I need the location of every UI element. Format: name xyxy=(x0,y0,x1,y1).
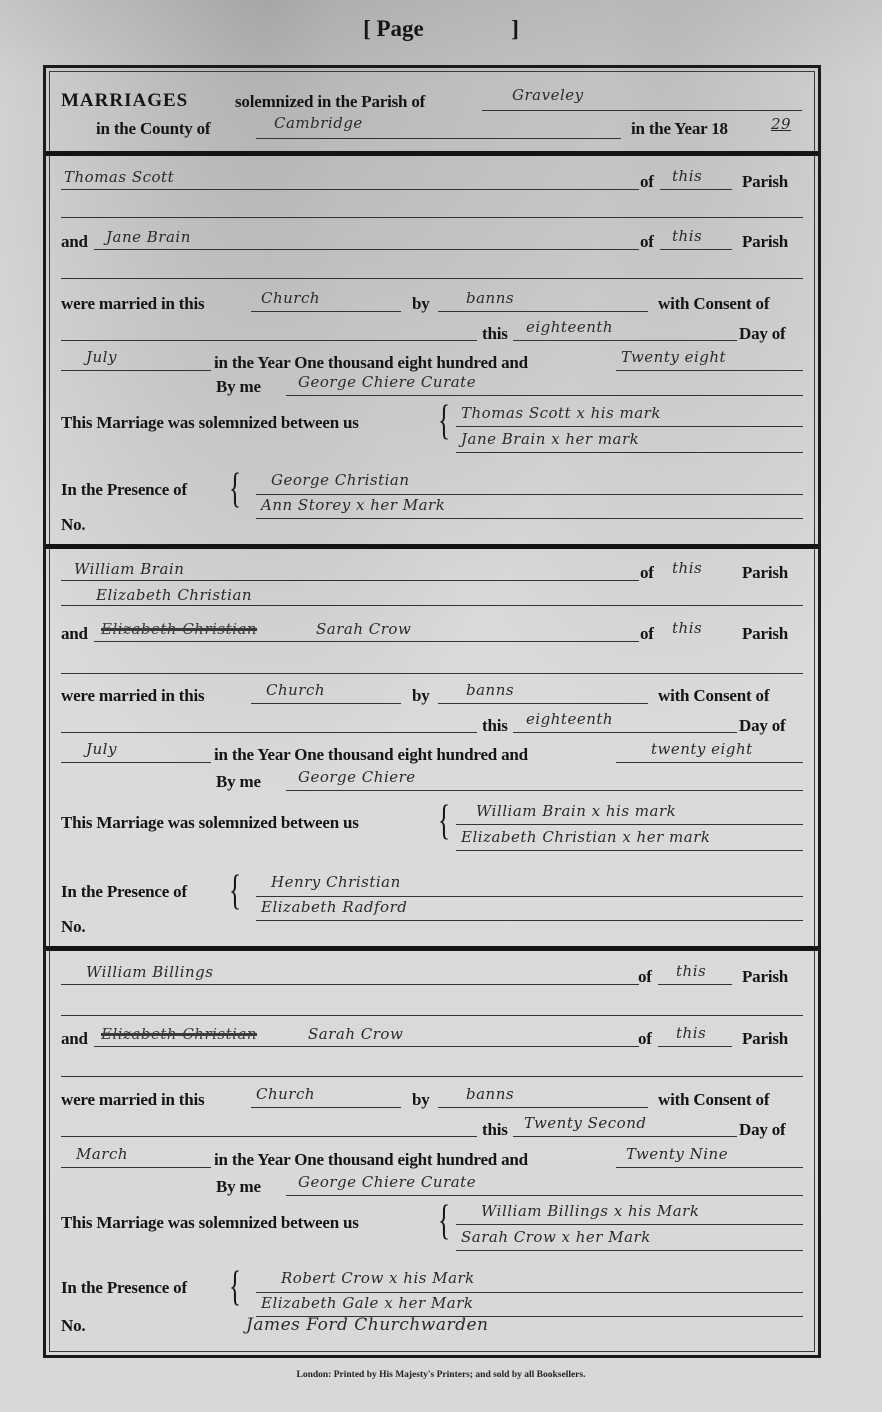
entry-year-value: twenty eight xyxy=(651,740,753,758)
entry-and-label: and xyxy=(61,232,88,252)
entry-year-value: Twenty Nine xyxy=(626,1145,728,1163)
entry-groom-parish-label: Parish xyxy=(742,563,788,583)
entry-signature-1: William Brain x his mark xyxy=(476,802,676,820)
marriage-entry-3: William Billings of this Parish and Eliz… xyxy=(46,952,818,1352)
marriage-entry-2: William Brain of this Parish Elizabeth C… xyxy=(46,550,818,950)
entry-solemnized-label: This Marriage was solemnized between us xyxy=(61,413,359,433)
entry-bride-of-value: this xyxy=(672,227,702,245)
entry-solemnized-label: This Marriage was solemnized between us xyxy=(61,1213,359,1233)
signatures-brace: { xyxy=(438,800,450,842)
entry-groom-name: William Brain xyxy=(74,560,184,578)
witnesses-brace: { xyxy=(229,1266,241,1308)
entry-year-value: Twenty eight xyxy=(621,348,726,366)
entry-bride-of-value: this xyxy=(672,619,702,637)
entry-day-value: eighteenth xyxy=(526,318,613,336)
heading-parish-value: Graveley xyxy=(512,86,584,104)
entry-signature-1: William Billings x his Mark xyxy=(481,1202,699,1220)
entry-presence-label: In the Presence of xyxy=(61,882,187,902)
entry-groom-of-value: this xyxy=(676,962,706,980)
register-frame: MARRIAGES solemnized in the Parish of Gr… xyxy=(43,65,821,1358)
entry-bride-of-value: this xyxy=(676,1024,706,1042)
entry-this-label: this xyxy=(482,716,508,736)
entry-day-value: Twenty Second xyxy=(524,1114,646,1132)
entry-married-in-label: were married in this xyxy=(61,686,204,706)
entry-this-label: this xyxy=(482,1120,508,1140)
heading-separator xyxy=(46,151,818,156)
page-open-bracket: [ xyxy=(363,16,371,42)
heading-county-value: Cambridge xyxy=(274,114,363,132)
entry-no-label: No. xyxy=(61,515,85,535)
entry-witness-2: Ann Storey x her Mark xyxy=(261,496,445,514)
entry-witness-2: Elizabeth Gale x her Mark xyxy=(261,1294,473,1312)
entry-place-value: Church xyxy=(261,289,320,307)
entry-witness-1: Robert Crow x his Mark xyxy=(281,1269,475,1287)
witnesses-brace: { xyxy=(229,870,241,912)
entry-consent-label: with Consent of xyxy=(658,1090,769,1110)
entry-witness-2: Elizabeth Radford xyxy=(261,898,407,916)
entry-consent-label: with Consent of xyxy=(658,294,769,314)
entry-groom-of-label: of xyxy=(638,967,652,987)
entry-by-me-label: By me xyxy=(216,1177,261,1197)
entry-groom-parish-label: Parish xyxy=(742,967,788,987)
entry-bride-of-label: of xyxy=(640,624,654,644)
entry-groom-of-label: of xyxy=(640,563,654,583)
heading-marriages: MARRIAGES xyxy=(61,90,188,112)
witnesses-brace: { xyxy=(229,468,241,510)
page-label: Page xyxy=(376,16,423,41)
entry-and-label: and xyxy=(61,624,88,644)
entry-officiant-value: George Chiere Curate xyxy=(298,373,476,391)
entry-year-text: in the Year One thousand eight hundred a… xyxy=(214,353,528,373)
entry-day-of-label: Day of xyxy=(739,1120,786,1140)
heading-solemnized-text: solemnized in the Parish of xyxy=(235,92,425,112)
entry-by-label: by xyxy=(412,686,430,706)
entry-groom-of-label: of xyxy=(640,172,654,192)
entry-month-value: July xyxy=(86,740,117,758)
page-close-bracket: ] xyxy=(511,16,519,42)
entry-bride-parish-label: Parish xyxy=(742,232,788,252)
signatures-brace: { xyxy=(438,400,450,442)
entry-officiant-value: George Chiere Curate xyxy=(298,1173,476,1191)
heading-year-value: 29 xyxy=(771,115,791,133)
entry-day-value: eighteenth xyxy=(526,710,613,728)
entry-consent-label: with Consent of xyxy=(658,686,769,706)
entry-year-text: in the Year One thousand eight hundred a… xyxy=(214,1150,528,1170)
entry-by-me-label: By me xyxy=(216,772,261,792)
entry-day-of-label: Day of xyxy=(739,716,786,736)
entry-place-value: Church xyxy=(266,681,325,699)
entry-this-label: this xyxy=(482,324,508,344)
entry-groom-name: Thomas Scott xyxy=(64,168,174,186)
entry-separator-2 xyxy=(46,946,818,951)
entry-by-label: by xyxy=(412,294,430,314)
entry-presence-label: In the Presence of xyxy=(61,1278,187,1298)
entry-bride-parish-label: Parish xyxy=(742,1029,788,1049)
entry-and-label: and xyxy=(61,1029,88,1049)
entry-place-value: Church xyxy=(256,1085,315,1103)
entry-by-me-label: By me xyxy=(216,377,261,397)
entry-bride-struck-name: Elizabeth Christian xyxy=(101,1025,257,1043)
heading-year-text: in the Year 18 xyxy=(631,119,728,139)
entry-officiant-value: George Chiere xyxy=(298,768,416,786)
entry-signature-2: Sarah Crow x her Mark xyxy=(461,1228,651,1246)
entry-witness-1: George Christian xyxy=(271,471,410,489)
entry-bride-name: Sarah Crow xyxy=(308,1025,403,1043)
printer-imprint: London: Printed by His Majesty's Printer… xyxy=(0,1370,882,1380)
entry-bride-name: Jane Brain xyxy=(106,228,191,246)
entry-groom-parish-label: Parish xyxy=(742,172,788,192)
entry-bride-above: Elizabeth Christian xyxy=(96,586,252,604)
entry-signature-1: Thomas Scott x his mark xyxy=(461,404,661,422)
entry-married-in-label: were married in this xyxy=(61,1090,204,1110)
entry-day-of-label: Day of xyxy=(739,324,786,344)
entry-year-text: in the Year One thousand eight hundred a… xyxy=(214,745,528,765)
entry-bride-of-label: of xyxy=(638,1029,652,1049)
entry-month-value: March xyxy=(76,1145,128,1163)
entry-witness-1: Henry Christian xyxy=(271,873,401,891)
churchwarden-signature: James Ford Churchwarden xyxy=(246,1315,488,1335)
entry-no-label: No. xyxy=(61,1316,85,1336)
entry-bride-struck-name: Elizabeth Christian xyxy=(101,620,257,638)
entry-solemnized-label: This Marriage was solemnized between us xyxy=(61,813,359,833)
marriage-entry-1: Thomas Scott of this Parish and Jane Bra… xyxy=(46,158,818,546)
entry-presence-label: In the Presence of xyxy=(61,480,187,500)
entry-groom-name: William Billings xyxy=(86,963,213,981)
entry-groom-of-value: this xyxy=(672,167,702,185)
entry-bride-parish-label: Parish xyxy=(742,624,788,644)
entry-no-label: No. xyxy=(61,917,85,937)
entry-bride-of-label: of xyxy=(640,232,654,252)
signatures-brace: { xyxy=(438,1200,450,1242)
entry-by-value: banns xyxy=(466,289,514,307)
entry-married-in-label: were married in this xyxy=(61,294,204,314)
entry-signature-2: Jane Brain x her mark xyxy=(461,430,639,448)
entry-by-value: banns xyxy=(466,681,514,699)
entry-by-value: banns xyxy=(466,1085,514,1103)
entry-month-value: July xyxy=(86,348,117,366)
entry-groom-of-value: this xyxy=(672,559,702,577)
heading-county-text: in the County of xyxy=(96,119,210,139)
entry-separator-1 xyxy=(46,544,818,549)
entry-bride-name: Sarah Crow xyxy=(316,620,411,638)
page-header: [ Page ] xyxy=(0,16,882,42)
entry-by-label: by xyxy=(412,1090,430,1110)
entry-signature-2: Elizabeth Christian x her mark xyxy=(461,828,710,846)
